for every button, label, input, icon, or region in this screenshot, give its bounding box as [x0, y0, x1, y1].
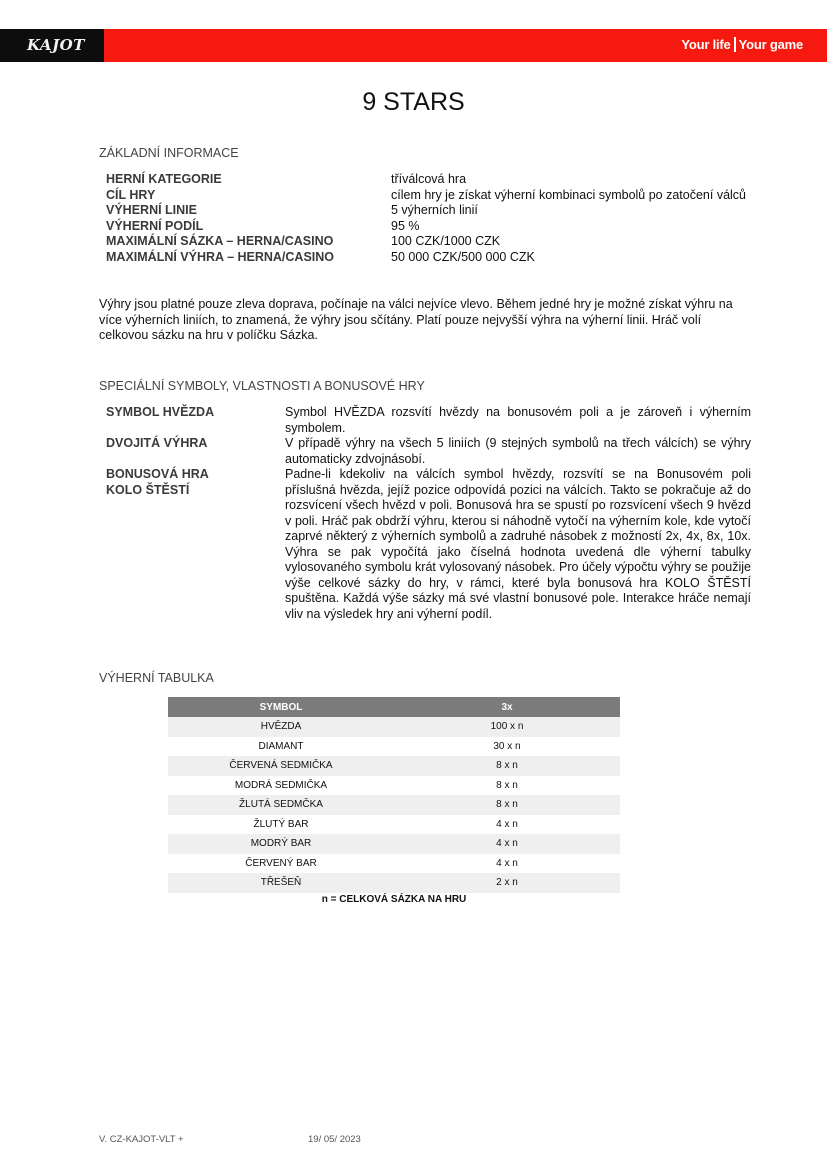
- info-row: VÝHERNÍ LINIE5 výherních linií: [106, 203, 766, 219]
- info-label: HERNÍ KATEGORIE: [106, 172, 391, 188]
- column-header-3x: 3x: [394, 697, 620, 717]
- info-value: cílem hry je získat výherní kombinaci sy…: [391, 188, 766, 204]
- basic-info-table: HERNÍ KATEGORIEtříválcová hraCÍL HRYcíle…: [106, 172, 766, 265]
- table-row: ČERVENÁ SEDMIČKA8 x n: [168, 756, 620, 776]
- symbol-cell: MODRÁ SEDMIČKA: [168, 776, 394, 796]
- special-row: SYMBOL HVĚZDASymbol HVĚZDA rozsvítí hvěz…: [106, 405, 751, 436]
- info-row: MAXIMÁLNÍ SÁZKA – HERNA/CASINO100 CZK/10…: [106, 234, 766, 250]
- info-value: 100 CZK/1000 CZK: [391, 234, 766, 250]
- paytable-header-row: SYMBOL 3x: [168, 697, 620, 717]
- special-heading: SPECIÁLNÍ SYMBOLY, VLASTNOSTI A BONUSOVÉ…: [99, 379, 425, 393]
- table-row: ŽLUTÝ BAR4 x n: [168, 815, 620, 835]
- symbol-cell: ŽLUTÝ BAR: [168, 815, 394, 835]
- table-row: DIAMANT30 x n: [168, 737, 620, 757]
- kajot-logo: KAJOT: [27, 36, 85, 54]
- special-label: SYMBOL HVĚZDA: [106, 405, 285, 436]
- footer-date: 19/ 05/ 2023: [308, 1134, 361, 1145]
- page-title: 9 STARS: [0, 88, 827, 117]
- table-row: MODRÁ SEDMIČKA8 x n: [168, 776, 620, 796]
- info-value: 95 %: [391, 219, 766, 235]
- info-label: VÝHERNÍ LINIE: [106, 203, 391, 219]
- symbol-cell: DIAMANT: [168, 737, 394, 757]
- info-row: MAXIMÁLNÍ VÝHRA – HERNA/CASINO50 000 CZK…: [106, 250, 766, 266]
- table-row: TŘEŠEŇ2 x n: [168, 873, 620, 893]
- symbol-cell: HVĚZDA: [168, 717, 394, 737]
- special-features-table: SYMBOL HVĚZDASymbol HVĚZDA rozsvítí hvěz…: [106, 405, 751, 622]
- paytable-note: n = CELKOVÁ SÁZKA NA HRU: [168, 893, 620, 910]
- info-label: CÍL HRY: [106, 188, 391, 204]
- payout-cell: 8 x n: [394, 756, 620, 776]
- table-row: HVĚZDA100 x n: [168, 717, 620, 737]
- payout-cell: 4 x n: [394, 834, 620, 854]
- paytable: SYMBOL 3x HVĚZDA100 x nDIAMANT30 x nČERV…: [168, 697, 620, 910]
- symbol-cell: TŘEŠEŇ: [168, 873, 394, 893]
- info-row: HERNÍ KATEGORIEtříválcová hra: [106, 172, 766, 188]
- info-value: 50 000 CZK/500 000 CZK: [391, 250, 766, 266]
- special-label: BONUSOVÁ HRAKOLO ŠTĚSTÍ: [106, 467, 285, 622]
- footer-version: V. CZ-KAJOT-VLT +: [99, 1134, 184, 1145]
- payout-cell: 8 x n: [394, 776, 620, 796]
- special-description: Padne-li kdekoliv na válcích symbol hvěz…: [285, 467, 751, 622]
- slogan-part2: Your game: [739, 37, 803, 52]
- special-row: BONUSOVÁ HRAKOLO ŠTĚSTÍPadne-li kdekoliv…: [106, 467, 751, 622]
- payout-cell: 4 x n: [394, 815, 620, 835]
- payout-cell: 8 x n: [394, 795, 620, 815]
- info-value: tříválcová hra: [391, 172, 766, 188]
- table-row: ČERVENÝ BAR4 x n: [168, 854, 620, 874]
- info-label: MAXIMÁLNÍ VÝHRA – HERNA/CASINO: [106, 250, 391, 266]
- payout-cell: 100 x n: [394, 717, 620, 737]
- payout-cell: 2 x n: [394, 873, 620, 893]
- special-description: V případě výhry na všech 5 liniích (9 st…: [285, 436, 751, 467]
- info-row: CÍL HRYcílem hry je získat výherní kombi…: [106, 188, 766, 204]
- special-description: Symbol HVĚZDA rozsvítí hvězdy na bonusov…: [285, 405, 751, 436]
- info-value: 5 výherních linií: [391, 203, 766, 219]
- symbol-cell: ČERVENÝ BAR: [168, 854, 394, 874]
- symbol-cell: ČERVENÁ SEDMIČKA: [168, 756, 394, 776]
- info-label: MAXIMÁLNÍ SÁZKA – HERNA/CASINO: [106, 234, 391, 250]
- column-header-symbol: SYMBOL: [168, 697, 394, 717]
- paytable-note-row: n = CELKOVÁ SÁZKA NA HRU: [168, 893, 620, 910]
- symbol-cell: ŽLUTÁ SEDMČKA: [168, 795, 394, 815]
- slogan: Your lifeYour game: [681, 37, 803, 52]
- logo-box: KAJOT: [0, 29, 104, 62]
- basic-info-heading: ZÁKLADNÍ INFORMACE: [99, 146, 239, 160]
- info-label: VÝHERNÍ PODÍL: [106, 219, 391, 235]
- special-row: DVOJITÁ VÝHRAV případě výhry na všech 5 …: [106, 436, 751, 467]
- payout-cell: 30 x n: [394, 737, 620, 757]
- table-row: MODRÝ BAR4 x n: [168, 834, 620, 854]
- slogan-part1: Your life: [681, 37, 730, 52]
- paytable-heading: VÝHERNÍ TABULKA: [99, 671, 214, 685]
- header-banner: KAJOT Your lifeYour game: [0, 29, 827, 62]
- info-row: VÝHERNÍ PODÍL95 %: [106, 219, 766, 235]
- rules-paragraph: Výhry jsou platné pouze zleva doprava, p…: [99, 297, 750, 344]
- symbol-cell: MODRÝ BAR: [168, 834, 394, 854]
- table-row: ŽLUTÁ SEDMČKA8 x n: [168, 795, 620, 815]
- slogan-separator: [734, 37, 736, 52]
- special-label: DVOJITÁ VÝHRA: [106, 436, 285, 467]
- payout-cell: 4 x n: [394, 854, 620, 874]
